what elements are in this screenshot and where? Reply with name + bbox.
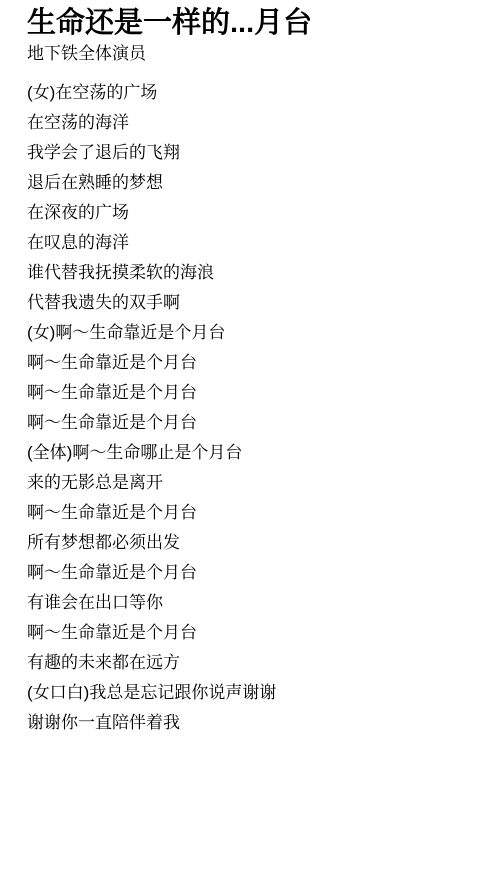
lyric-line: 我学会了退后的飞翔 bbox=[27, 138, 485, 168]
lyric-line: (全体)啊～生命哪止是个月台 bbox=[27, 438, 485, 468]
artist-name: 地下铁全体演员 bbox=[27, 43, 485, 65]
lyric-line: 啊～生命靠近是个月台 bbox=[27, 558, 485, 588]
lyric-line: 有趣的未来都在远方 bbox=[27, 648, 485, 678]
lyric-line: (女口白)我总是忘记跟你说声谢谢 bbox=[27, 678, 485, 708]
lyric-line: 有谁会在出口等你 bbox=[27, 588, 485, 618]
lyric-line: (女)在空荡的广场 bbox=[27, 78, 485, 108]
lyric-line: 啊～生命靠近是个月台 bbox=[27, 618, 485, 648]
lyric-line: 在深夜的广场 bbox=[27, 198, 485, 228]
lyric-line: (女)啊～生命靠近是个月台 bbox=[27, 318, 485, 348]
lyric-line: 啊～生命靠近是个月台 bbox=[27, 348, 485, 378]
lyric-line: 代替我遗失的双手啊 bbox=[27, 288, 485, 318]
lyric-line: 在空荡的海洋 bbox=[27, 108, 485, 138]
lyrics-page: 生命还是一样的...月台 地下铁全体演员 (女)在空荡的广场在空荡的海洋我学会了… bbox=[0, 0, 500, 738]
lyric-line: 退后在熟睡的梦想 bbox=[27, 168, 485, 198]
lyric-line: 在叹息的海洋 bbox=[27, 228, 485, 258]
lyric-line: 啊～生命靠近是个月台 bbox=[27, 378, 485, 408]
lyric-line: 所有梦想都必须出发 bbox=[27, 528, 485, 558]
lyrics-block: (女)在空荡的广场在空荡的海洋我学会了退后的飞翔退后在熟睡的梦想在深夜的广场在叹… bbox=[27, 78, 485, 738]
lyric-line: 谢谢你一直陪伴着我 bbox=[27, 708, 485, 738]
lyric-line: 谁代替我抚摸柔软的海浪 bbox=[27, 258, 485, 288]
lyric-line: 来的无影总是离开 bbox=[27, 468, 485, 498]
song-title: 生命还是一样的...月台 bbox=[27, 6, 485, 40]
lyric-line: 啊～生命靠近是个月台 bbox=[27, 498, 485, 528]
lyric-line: 啊～生命靠近是个月台 bbox=[27, 408, 485, 438]
